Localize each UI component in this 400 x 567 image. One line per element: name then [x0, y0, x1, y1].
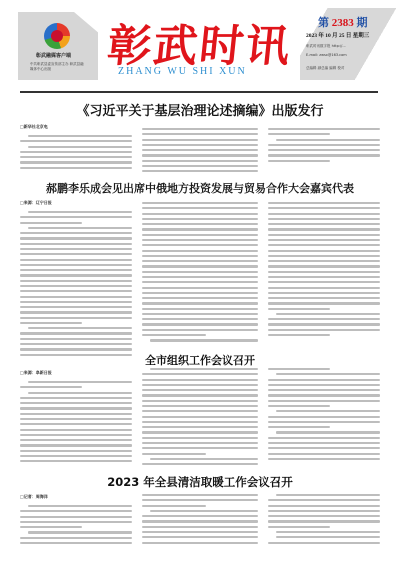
- article-4-col-3: [268, 494, 380, 547]
- issue-prefix: 第: [318, 17, 329, 29]
- info-line-email: E-mail: zwsx@163.com: [306, 53, 347, 57]
- article-1-col-3: [268, 128, 380, 165]
- article-1-byline: □新华社北京电: [20, 124, 132, 130]
- article-3-col-2: [142, 368, 258, 468]
- issue-date: 2023 年 10 月 25 日 星期三: [306, 31, 369, 39]
- info-line-staff: 总编辑 副总编 编辑 校对: [306, 66, 344, 71]
- article-2-headline: 郝鹏李乐成会见出席中俄地方投资发展与贸易合作大会嘉宾代表: [0, 180, 400, 196]
- article-3-byline: □来源：阜新日报: [20, 370, 132, 376]
- issue-number-value: 2383: [332, 17, 354, 29]
- article-3-col-1: □来源：阜新日报: [20, 370, 132, 466]
- article-2-byline: □来源：辽宁日报: [20, 200, 132, 206]
- article-1-text: [20, 135, 132, 169]
- article-4-col-2: [142, 494, 258, 547]
- logo-caption: 彰武融媒客户端: [36, 52, 71, 59]
- article-2-col-1: □来源：辽宁日报: [20, 200, 132, 359]
- newspaper-title: 彰武时讯: [105, 10, 296, 74]
- logo-subtext: 中共彰武县委宣传部主办 彰武县融媒体中心出版: [30, 62, 85, 71]
- article-1-headline: 《习近平关于基层治理论述摘编》出版发行: [0, 100, 400, 119]
- article-1-col-1: □新华社北京电: [20, 124, 132, 172]
- issue-suffix: 期: [357, 17, 368, 29]
- article-1-col-2: [142, 128, 258, 176]
- newspaper-pinyin: ZHANG WU SHI XUN: [118, 66, 247, 77]
- article-4-byline: □记者：周海洋: [20, 494, 132, 500]
- issue-number: 第 2383 期: [318, 14, 368, 30]
- info-line-digital: 彰武时讯数字报 http://...: [306, 44, 346, 49]
- app-logo-inner-icon: [51, 30, 63, 42]
- app-logo-icon: [44, 23, 70, 49]
- masthead: 彰武融媒客户端 中共彰武县委宣传部主办 彰武县融媒体中心出版 彰武时讯 ZHAN…: [0, 0, 400, 84]
- article-4-headline: 2023 年全县清洁取暖工作会议召开: [0, 474, 400, 490]
- article-4-col-1: □记者：周海洋: [20, 494, 132, 547]
- article-2-col-3: [268, 202, 380, 339]
- masthead-divider: [20, 91, 378, 93]
- article-3-col-3: [268, 368, 380, 463]
- article-2-col-2: [142, 202, 258, 345]
- article-3-headline: 全市组织工作会议召开: [0, 352, 400, 368]
